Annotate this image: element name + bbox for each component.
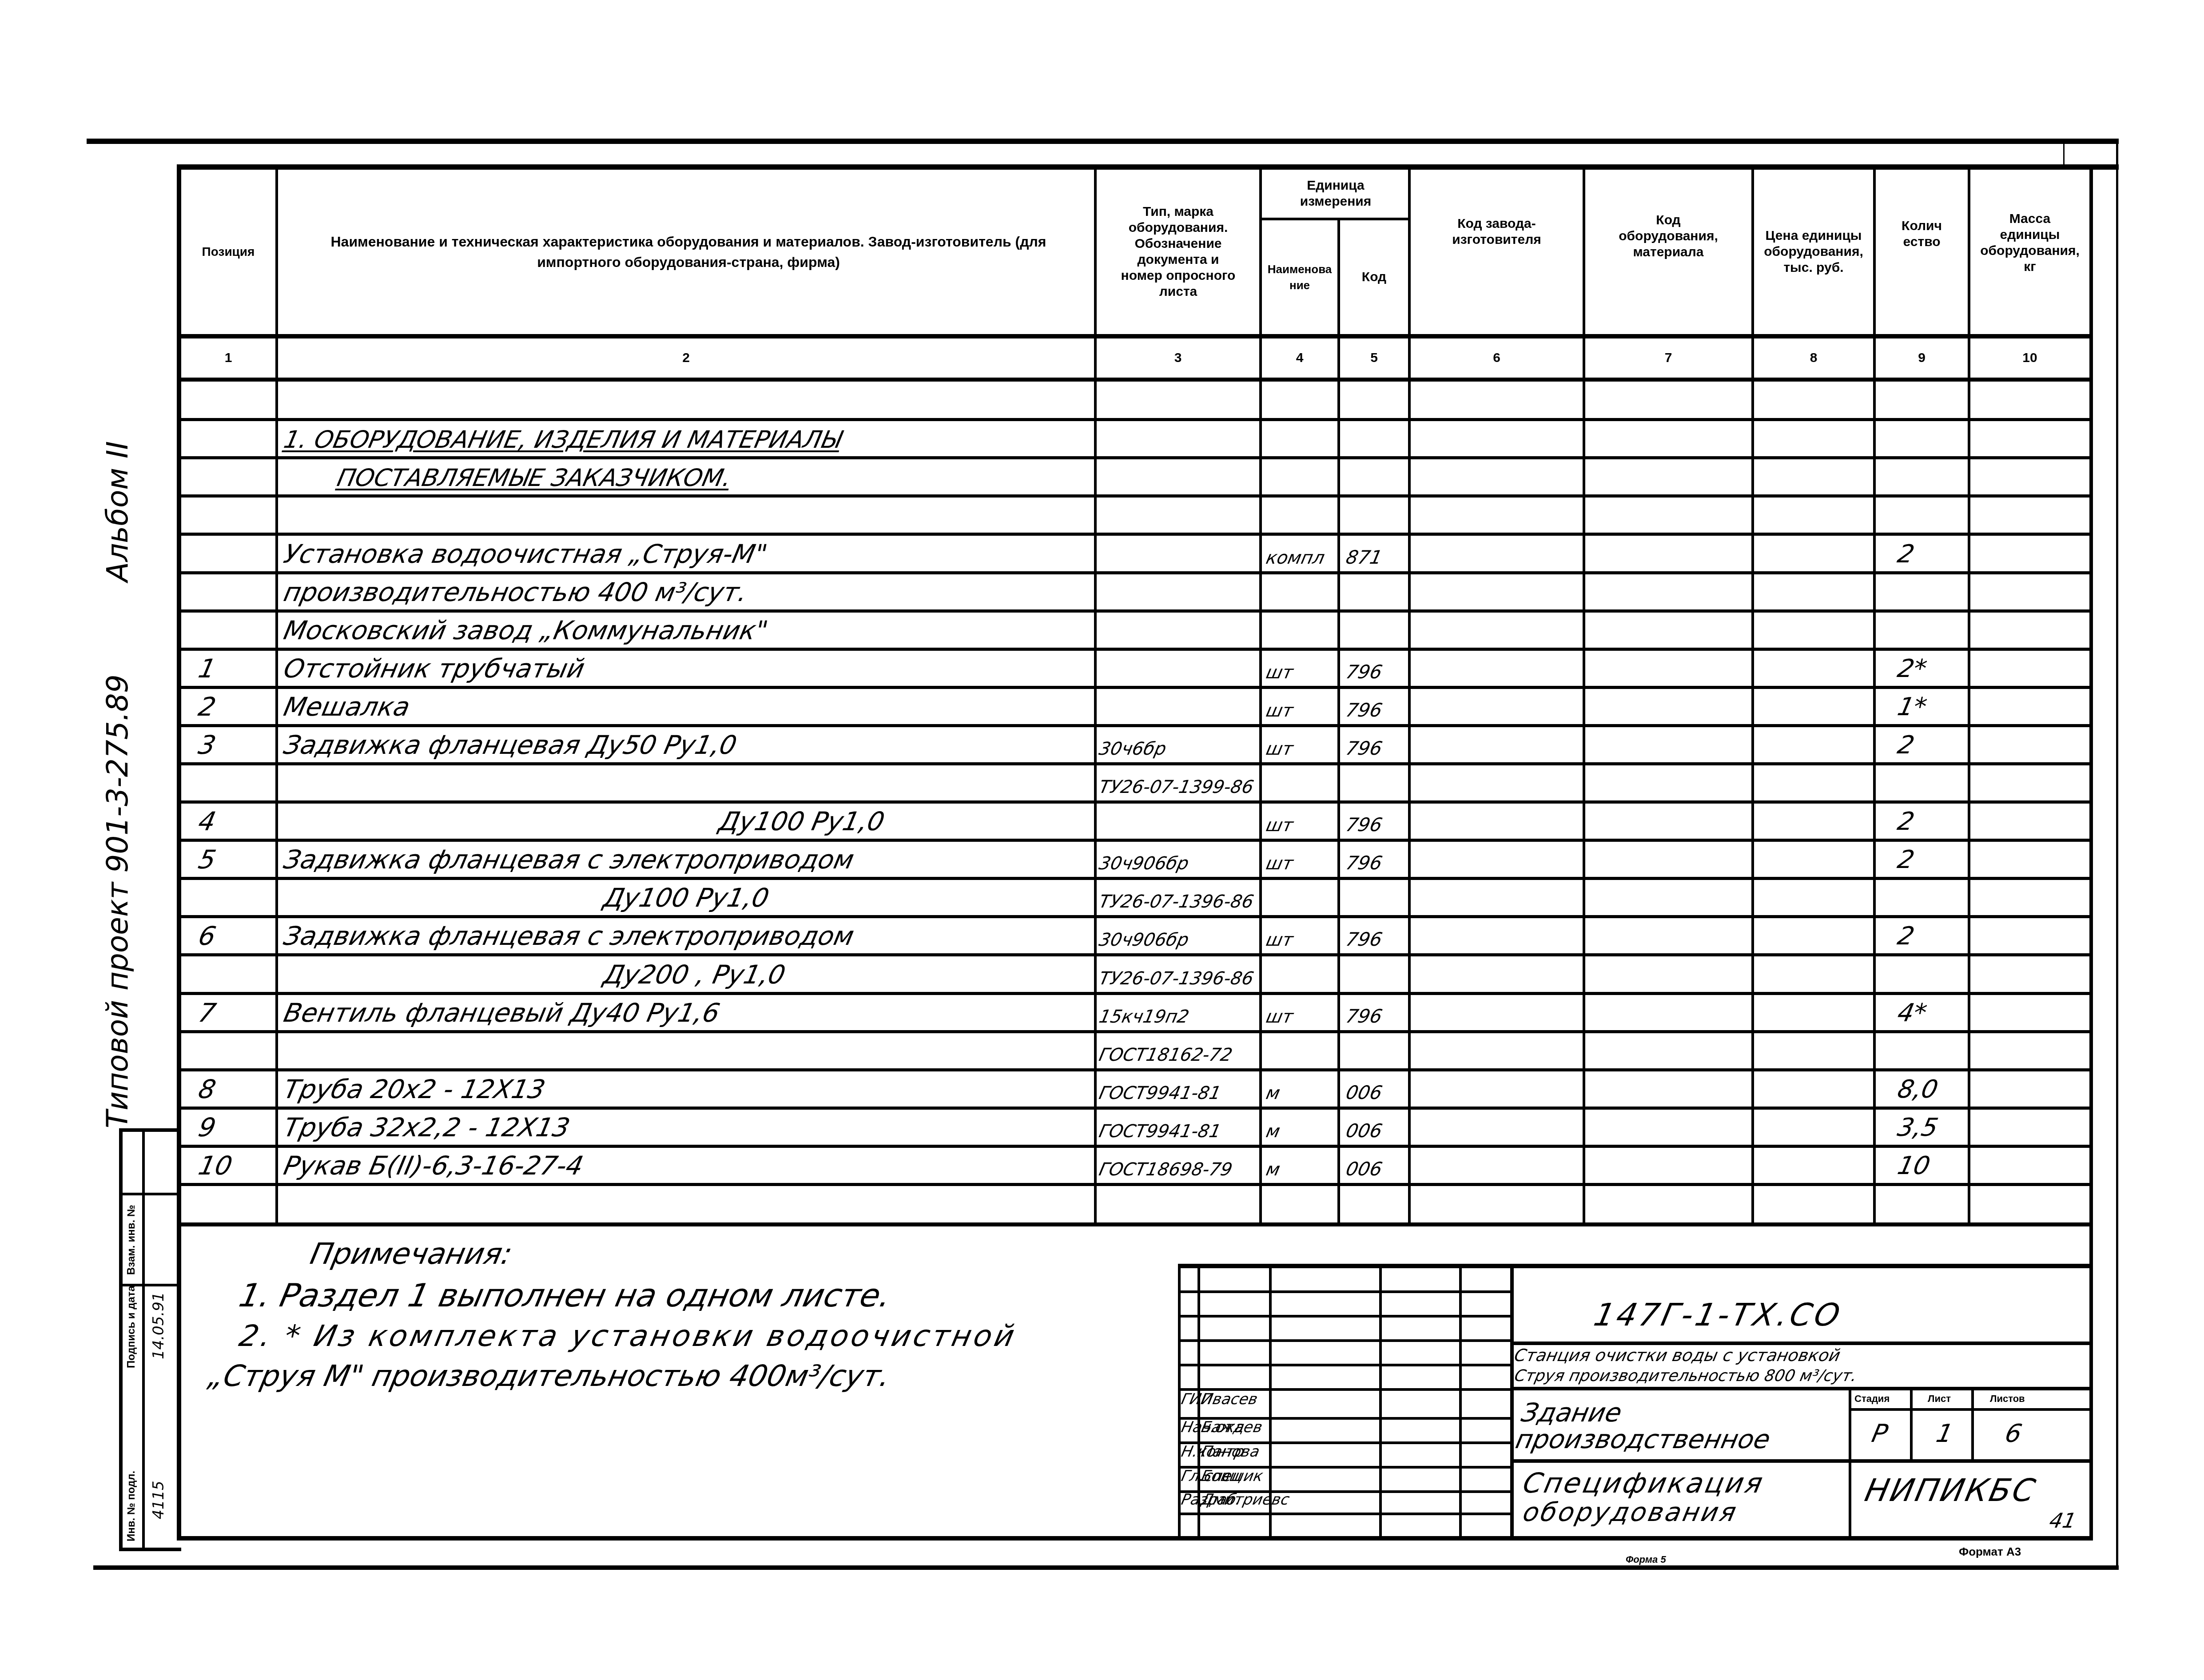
header-unit-group: Единица измерения <box>1262 170 1409 218</box>
header-price: Цена единицы оборудования, тыс. руб. <box>1754 170 1873 334</box>
building-name: Здание производственное <box>1513 1399 1836 1453</box>
signature-name: Дмитриевс <box>1200 1492 1291 1507</box>
cell-code: 796 <box>1345 701 1384 720</box>
cell-pos: 2 <box>196 694 218 720</box>
stamp-top-border <box>119 1128 181 1132</box>
row-line <box>177 648 2093 651</box>
sheet-right-border-outer <box>2116 139 2118 1569</box>
stamp-value-signature-date: 14.05.91 <box>151 1292 166 1359</box>
row-line <box>177 877 2093 880</box>
cell-type: ГОСТ18698-79 <box>1098 1161 1234 1178</box>
album-label-vertical: Альбом II <box>103 441 132 582</box>
sheet-bottom-border <box>93 1565 2119 1570</box>
row-line <box>177 609 2093 613</box>
header-position: Позиция <box>181 170 275 334</box>
note-1: 1. Раздел 1 выполнен на одном листе. <box>236 1279 894 1311</box>
cell-unit: шт <box>1265 664 1295 681</box>
cell-qty: 3,5 <box>1895 1115 1940 1140</box>
row-line <box>177 800 2093 804</box>
stage-label: Стадия <box>1854 1393 1890 1405</box>
cell-name: производительностью 400 м³/сут. <box>282 579 750 605</box>
cell-code: 006 <box>1345 1160 1384 1178</box>
cell-type: ТУ26-07-1396-86 <box>1098 970 1255 987</box>
tb-hline-10 <box>1178 1513 1512 1515</box>
header-name: Наименование и техническая характеристик… <box>302 170 1075 334</box>
tb-project-bottom <box>1512 1387 2093 1390</box>
cell-qty: 2 <box>1895 924 1917 949</box>
cell-unit: м <box>1265 1161 1282 1178</box>
cell-unit: шт <box>1265 816 1295 834</box>
stamp-bottom-border <box>119 1548 181 1551</box>
col-line-6-7 <box>1583 167 1585 1226</box>
stamp-label-replaced-inventory: Взам. инв. № <box>125 1205 138 1275</box>
cell-qty: 1* <box>1895 695 1929 720</box>
stamp-divider-1 <box>119 1193 181 1195</box>
cell-code: 006 <box>1345 1122 1384 1140</box>
tb-vline-4 <box>1459 1266 1462 1537</box>
colnum-2: 2 <box>278 338 1094 378</box>
colnum-6: 6 <box>1411 338 1583 378</box>
tb-stage-label-bottom <box>1849 1408 2093 1411</box>
frame-left-border <box>177 167 181 1540</box>
cell-type: ТУ26-07-1399-86 <box>1098 778 1255 796</box>
header-mass: Масса единицы оборудования, кг <box>1970 170 2089 316</box>
colnum-1: 1 <box>181 338 275 378</box>
row-line <box>177 915 2093 918</box>
row-line <box>177 418 2093 421</box>
colnum-7: 7 <box>1585 338 1751 378</box>
row-line <box>177 571 2093 574</box>
row-line <box>177 762 2093 765</box>
tb-stage-left <box>1849 1389 1851 1537</box>
cell-name: Ду200 , Ру1,0 <box>601 962 788 987</box>
signature-name: Бовшик <box>1200 1469 1264 1484</box>
cell-pos: 4 <box>196 808 218 834</box>
project-title-vertical: Типовой проект 901-3-275.89 <box>103 674 132 1128</box>
cell-unit: шт <box>1265 1008 1295 1026</box>
tb-hline-1 <box>1178 1290 1512 1293</box>
tb-code-bottom <box>1512 1342 2093 1345</box>
signature-name: Панова <box>1200 1444 1261 1459</box>
tb-vline-3 <box>1379 1266 1382 1537</box>
document-code: 147Г-1-ТХ.СО <box>1591 1299 1845 1330</box>
cell-qty: 2 <box>1895 848 1917 872</box>
row-line <box>177 1030 2093 1033</box>
row-line <box>177 992 2093 995</box>
sheet-top-border <box>87 139 2119 144</box>
cell-name: Установка водоочистная „Струя-М" <box>282 541 770 567</box>
format-label: Формат А3 <box>1959 1545 2021 1559</box>
cell-pos: 3 <box>196 732 218 758</box>
row-line <box>177 533 2093 536</box>
row-line <box>177 494 2093 498</box>
colnum-9: 9 <box>1876 338 1968 378</box>
row-line <box>177 1107 2093 1110</box>
number-row-bottom-line <box>177 378 2093 382</box>
cell-type: 30ч6бр <box>1098 740 1168 758</box>
drawing-title-line1: Спецификация <box>1520 1469 1766 1497</box>
cell-type: ТУ26-07-1396-86 <box>1098 893 1255 911</box>
cell-name: Труба 32х2,2 - 12Х13 <box>282 1115 572 1140</box>
cell-name: ПОСТАВЛЯЕМЫЕ ЗАКАЗЧИКОМ. <box>335 466 733 490</box>
tb-vline-5 <box>1510 1266 1514 1537</box>
cell-pos: 9 <box>196 1115 218 1140</box>
stamp-value-inventory: 4115 <box>151 1481 166 1519</box>
tb-building-bottom <box>1512 1459 2093 1463</box>
col-line-1-2 <box>275 167 278 1226</box>
header-factory-code: Код завода-изготовителя <box>1411 170 1583 294</box>
cell-type: ГОСТ9941-81 <box>1098 1084 1223 1102</box>
colnum-5: 5 <box>1340 338 1408 378</box>
cell-unit: м <box>1265 1123 1282 1140</box>
row-line <box>177 1068 2093 1071</box>
cell-name: Мешалка <box>282 694 412 720</box>
project-name-line1: Станция очистки воды с установкой <box>1513 1347 1842 1364</box>
header-quantity: Количество <box>1876 170 1968 299</box>
tick-mark <box>2063 141 2065 168</box>
cell-code: 796 <box>1345 663 1384 681</box>
sheet-value: 1 <box>1934 1421 1955 1446</box>
cell-type: 15кч19п2 <box>1098 1008 1191 1026</box>
stamp-label-inventory: Инв. № подл. <box>125 1471 138 1541</box>
cell-unit: компл <box>1265 549 1326 567</box>
cell-code: 796 <box>1345 930 1384 949</box>
col-line-3-4 <box>1259 167 1262 1226</box>
cell-code: 006 <box>1345 1083 1384 1102</box>
cell-name: 1. ОБОРУДОВАНИЕ, ИЗДЕЛИЯ И МАТЕРИАЛЫ <box>282 428 844 452</box>
cell-type: ГОСТ9941-81 <box>1098 1123 1223 1140</box>
header-type: Тип, марка оборудования. Обозначение док… <box>1097 170 1259 334</box>
row-line <box>177 456 2093 459</box>
cell-name: Ду100 Ру1,0 <box>601 885 772 911</box>
cell-name: Задвижка фланцевая Ду50 Ру1,0 <box>282 732 739 758</box>
row-line <box>177 1145 2093 1148</box>
page-number: 41 <box>2048 1510 2078 1531</box>
cell-code: 796 <box>1345 739 1384 758</box>
frame-right-border <box>2089 167 2093 1540</box>
note-3: „Струя М" производительностью 400м³/сут. <box>206 1362 893 1391</box>
cell-qty: 8,0 <box>1895 1077 1940 1102</box>
cell-unit: шт <box>1265 931 1295 949</box>
cell-name: Московский завод „Коммунальник" <box>282 617 770 643</box>
table-bottom-line <box>177 1222 2093 1226</box>
stage-value: Р <box>1870 1421 1890 1446</box>
cell-name: Задвижка фланцевая с электроприводом <box>282 923 856 949</box>
cell-qty: 10 <box>1895 1154 1932 1178</box>
sheet-label: Лист <box>1928 1393 1951 1405</box>
cell-pos: 7 <box>196 1000 218 1026</box>
frame-bottom-border <box>177 1536 2093 1541</box>
cell-name: Ду100 Ру1,0 <box>717 808 887 834</box>
cell-pos: 1 <box>196 656 218 681</box>
cell-pos: 6 <box>196 923 218 949</box>
signature-name: Бажаев <box>1200 1420 1264 1435</box>
cell-qty: 4* <box>1895 1001 1929 1026</box>
frame-top-border <box>177 164 2119 170</box>
cell-type: ГОСТ18162-72 <box>1098 1046 1234 1064</box>
sheets-value: 6 <box>2003 1421 2024 1446</box>
header-unit-code: Код <box>1340 220 1408 334</box>
cell-pos: 8 <box>196 1076 218 1102</box>
row-line <box>177 724 2093 727</box>
cell-name: Отстойник трубчатый <box>282 656 587 681</box>
cell-qty: 2 <box>1895 733 1917 758</box>
tb-hline-2 <box>1178 1315 1512 1318</box>
sheets-label: Листов <box>1990 1393 2025 1405</box>
cell-qty: 2 <box>1895 542 1917 567</box>
note-2: 2. * Из комплекта установки водоочистной <box>237 1322 1019 1351</box>
cell-code: 796 <box>1345 1007 1384 1026</box>
cell-unit: шт <box>1265 855 1295 872</box>
cell-pos: 5 <box>196 847 218 872</box>
tb-left-border <box>1178 1264 1181 1539</box>
header-bottom-line <box>177 334 2093 338</box>
col-line-8-9 <box>1873 167 1876 1226</box>
cell-type: 30ч906бр <box>1098 855 1190 872</box>
colnum-3: 3 <box>1097 338 1259 378</box>
col-line-2-3 <box>1094 167 1097 1226</box>
cell-name: Вентиль фланцевый Ду40 Ру1,6 <box>282 1000 722 1026</box>
colnum-8: 8 <box>1754 338 1873 378</box>
form-label: Форма 5 <box>1626 1554 1666 1565</box>
cell-qty: 2* <box>1895 657 1929 681</box>
project-name-line2: Струя производительностью 800 м³/сут. <box>1513 1368 1858 1384</box>
row-line <box>177 686 2093 689</box>
cell-pos: 10 <box>196 1153 235 1178</box>
header-unit-name: Наименование <box>1262 220 1337 334</box>
drawing-title-line2: оборудования <box>1521 1499 1740 1525</box>
tb-top-border <box>1178 1264 2093 1268</box>
cell-name: Рукав Б(II)-6,3-16-27-4 <box>282 1153 586 1178</box>
row-line <box>177 839 2093 842</box>
col-line-9-10 <box>1968 167 1970 1226</box>
cell-qty: 2 <box>1895 809 1917 834</box>
cell-unit: шт <box>1265 740 1295 758</box>
cell-unit: м <box>1265 1084 1282 1102</box>
notes-title: Примечания: <box>308 1239 515 1269</box>
cell-unit: шт <box>1265 702 1295 720</box>
organization-name: НИПИКБС <box>1862 1475 2040 1506</box>
header-equipment-code: Код оборудования, материала <box>1585 170 1751 303</box>
cell-code: 871 <box>1345 548 1384 567</box>
col-line-5-6 <box>1408 167 1411 1226</box>
tb-sheet-left <box>1910 1389 1913 1461</box>
tb-hline-3 <box>1178 1339 1512 1342</box>
cell-code: 796 <box>1345 854 1384 872</box>
tb-sheets-left <box>1971 1389 1974 1461</box>
row-line <box>177 953 2093 956</box>
colnum-10: 10 <box>1970 338 2089 378</box>
tb-hline-4 <box>1178 1364 1512 1366</box>
signature-name: Ивасев <box>1200 1392 1259 1407</box>
stamp-label-signature-date: Подпись и дата <box>125 1286 138 1368</box>
colnum-4: 4 <box>1262 338 1337 378</box>
cell-name: Труба 20х2 - 12Х13 <box>282 1076 548 1102</box>
cell-code: 796 <box>1345 816 1384 834</box>
cell-type: 30ч906бр <box>1098 931 1190 949</box>
row-line <box>177 1183 2093 1186</box>
cell-name: Задвижка фланцевая с электроприводом <box>282 847 856 872</box>
